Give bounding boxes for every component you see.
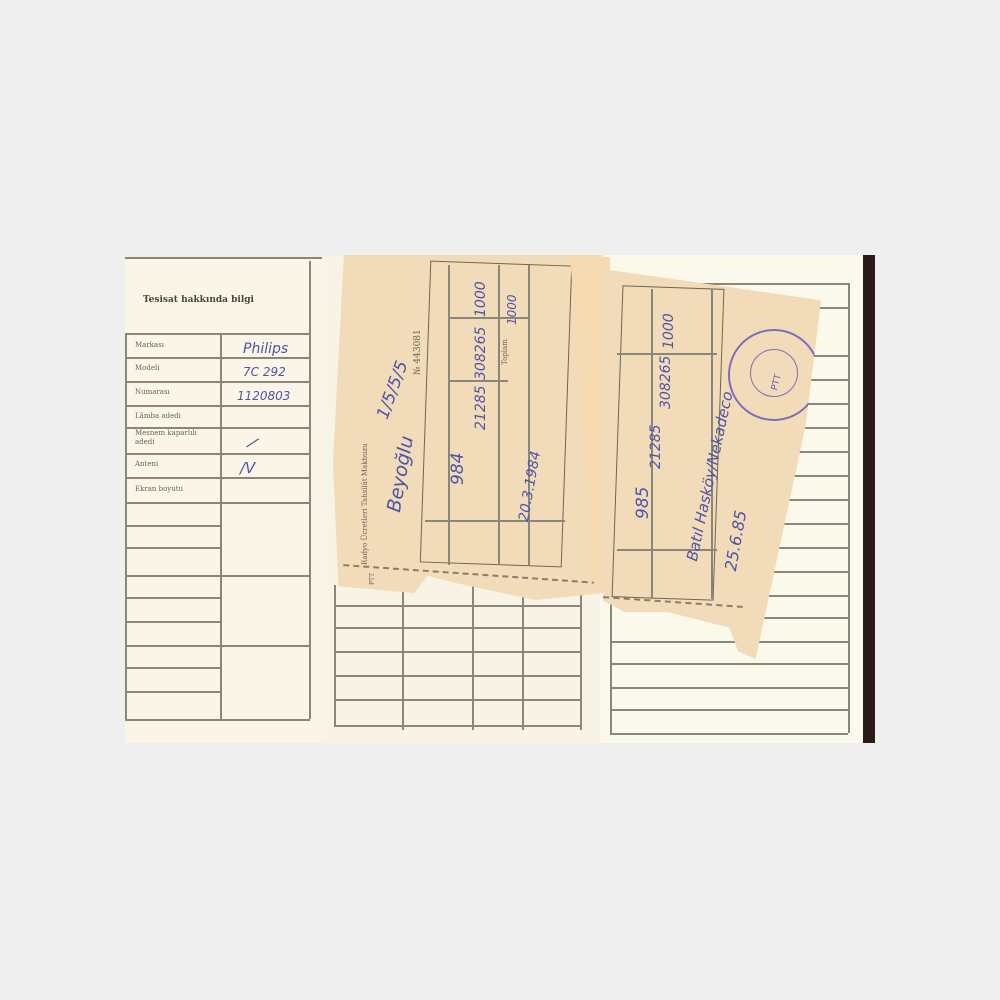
amount-2-2: 308265 — [658, 356, 674, 409]
amount-1-2: 21285 — [648, 424, 664, 469]
field-label-model: Modeli — [135, 364, 159, 372]
installation-info-page: Tesisat hakkında bilgi Markası Modeli Nu… — [125, 257, 322, 743]
field-value-speakers: / — [246, 433, 260, 452]
handwritten-date-top: 1/5/5/5 — [373, 358, 412, 422]
field-value-antenna: /V — [240, 459, 255, 477]
booklet-spine — [863, 255, 875, 743]
receipt-1: № 443081 Radyo Ücretleri Tahsilât Makbuz… — [333, 255, 603, 600]
handwritten-location: Beyoğlu — [383, 434, 418, 514]
receipt-issuer: PTT — [369, 573, 376, 585]
year-code-2: 985 — [633, 487, 653, 519]
postal-stamp: PTT — [728, 329, 820, 421]
field-value-make: Philips — [243, 341, 288, 357]
page-title: Tesisat hakkında bilgi — [143, 295, 254, 305]
receipt-header: Radyo Ücretleri Tahsilât Makbuzu — [361, 443, 369, 565]
amount-1: 21285 — [473, 385, 489, 430]
field-label-screen-size: Ekran boyutu — [135, 485, 183, 493]
amount-3-2: 1000 — [661, 313, 677, 349]
receipt-date-2: 25.6.85 — [721, 509, 750, 572]
year-code: 984 — [448, 453, 468, 485]
field-label-number: Numarası — [135, 388, 170, 396]
receipt-serial: № 443081 — [413, 329, 423, 375]
field-value-model: 7C 292 — [243, 365, 286, 379]
field-value-number: 1120803 — [237, 389, 290, 403]
field-label-antenna: Anteni — [135, 460, 158, 468]
amount-3: 1000 — [473, 281, 489, 317]
registration-booklet: Tesisat hakkında bilgi Markası Modeli Nu… — [125, 255, 875, 743]
field-label-make: Markası — [135, 341, 164, 349]
amount-2: 308265 — [473, 327, 489, 380]
total-value: 1000 — [505, 294, 519, 325]
field-label-speaker-count: Mesnem kaparlılı adedi — [135, 429, 215, 447]
field-label-lamp-count: Lâmba adedi — [135, 412, 181, 420]
total-label: Toplam — [501, 339, 509, 365]
